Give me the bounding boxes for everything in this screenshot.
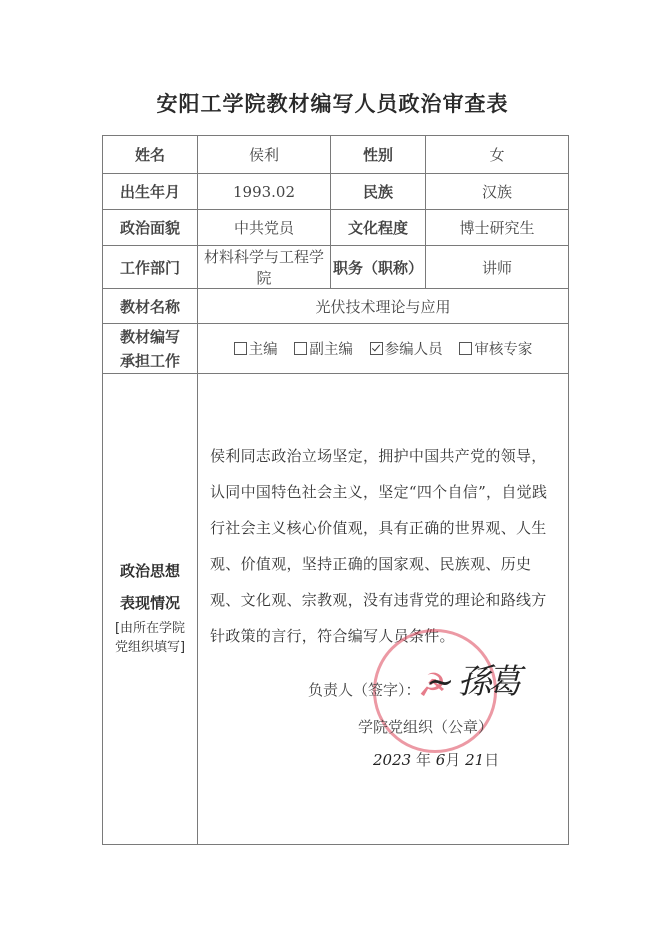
value-political-status: 中共党员	[198, 210, 331, 246]
label-title: 职务（职称）	[331, 246, 426, 289]
review-form-table: 姓名 侯利 性别 女 出生年月 1993.02 民族 汉族 政治面貌 中共党员 …	[102, 135, 569, 845]
label-review-line2: 表现情况	[103, 593, 197, 613]
signer-label: 负责人（签字）：	[308, 681, 421, 699]
handwritten-signature: ~ 孫葛	[426, 654, 517, 703]
label-political-status: 政治面貌	[103, 210, 198, 246]
value-name: 侯利	[198, 136, 331, 174]
label-review: 政治思想 表现情况 [由所在学院 党组织填写]	[103, 374, 198, 845]
label-birth: 出生年月	[103, 174, 198, 210]
value-birth: 1993.02	[198, 174, 331, 210]
value-gender: 女	[426, 136, 569, 174]
checkbox-checked-icon[interactable]	[370, 342, 383, 355]
label-review-line3: [由所在学院	[103, 619, 197, 638]
label-textbook: 教材名称	[103, 289, 198, 324]
document-title: 安阳工学院教材编写人员政治审查表	[0, 88, 665, 118]
date-month: 6	[436, 751, 446, 769]
label-role: 教材编写 承担工作	[103, 324, 198, 374]
date-year: 2023	[373, 751, 411, 769]
label-review-line4: 党组织填写]	[103, 638, 197, 657]
role-option-chief-editor[interactable]: 主编	[234, 342, 278, 358]
checkbox-unchecked-icon[interactable]	[294, 342, 307, 355]
date-year-unit: 年	[416, 751, 431, 769]
label-ethnicity: 民族	[331, 174, 426, 210]
row-role: 教材编写 承担工作 主编 副主编 参编人员 审核专家	[103, 324, 569, 374]
checkbox-unchecked-icon[interactable]	[234, 342, 247, 355]
role-option-contributor[interactable]: 参编人员	[370, 342, 443, 358]
role-options: 主编 副主编 参编人员 审核专家	[198, 324, 569, 374]
label-gender: 性别	[331, 136, 426, 174]
date-line: 2023 年 6月 21日	[373, 749, 499, 770]
row-birth: 出生年月 1993.02 民族 汉族	[103, 174, 569, 210]
review-text: 侯利同志政治立场坚定，拥护中国共产党的领导，认同中国特色社会主义，坚定“四个自信…	[210, 438, 560, 654]
label-department: 工作部门	[103, 246, 198, 289]
signer-line: 负责人（签字）：	[308, 679, 421, 700]
label-name: 姓名	[103, 136, 198, 174]
label-role-line1: 教材编写	[103, 325, 197, 349]
date-day-unit: 日	[484, 751, 499, 769]
label-review-line1: 政治思想	[103, 561, 197, 581]
row-department: 工作部门 材料科学与工程学院 职务（职称） 讲师	[103, 246, 569, 289]
date-month-unit: 月	[445, 751, 460, 769]
value-education: 博士研究生	[426, 210, 569, 246]
row-name: 姓名 侯利 性别 女	[103, 136, 569, 174]
value-ethnicity: 汉族	[426, 174, 569, 210]
org-label: 学院党组织（公章）	[358, 716, 493, 737]
value-title: 讲师	[426, 246, 569, 289]
checkbox-unchecked-icon[interactable]	[459, 342, 472, 355]
value-department: 材料科学与工程学院	[198, 246, 331, 289]
row-political: 政治面貌 中共党员 文化程度 博士研究生	[103, 210, 569, 246]
label-education: 文化程度	[331, 210, 426, 246]
review-content: 侯利同志政治立场坚定，拥护中国共产党的领导，认同中国特色社会主义，坚定“四个自信…	[198, 374, 569, 845]
role-option-deputy-editor[interactable]: 副主编	[294, 342, 353, 358]
row-review: 政治思想 表现情况 [由所在学院 党组织填写] 侯利同志政治立场坚定，拥护中国共…	[103, 374, 569, 845]
date-day: 21	[465, 751, 484, 769]
role-option-reviewer[interactable]: 审核专家	[459, 342, 532, 358]
row-textbook: 教材名称 光伏技术理论与应用	[103, 289, 569, 324]
label-role-line2: 承担工作	[103, 349, 197, 373]
value-textbook: 光伏技术理论与应用	[198, 289, 569, 324]
